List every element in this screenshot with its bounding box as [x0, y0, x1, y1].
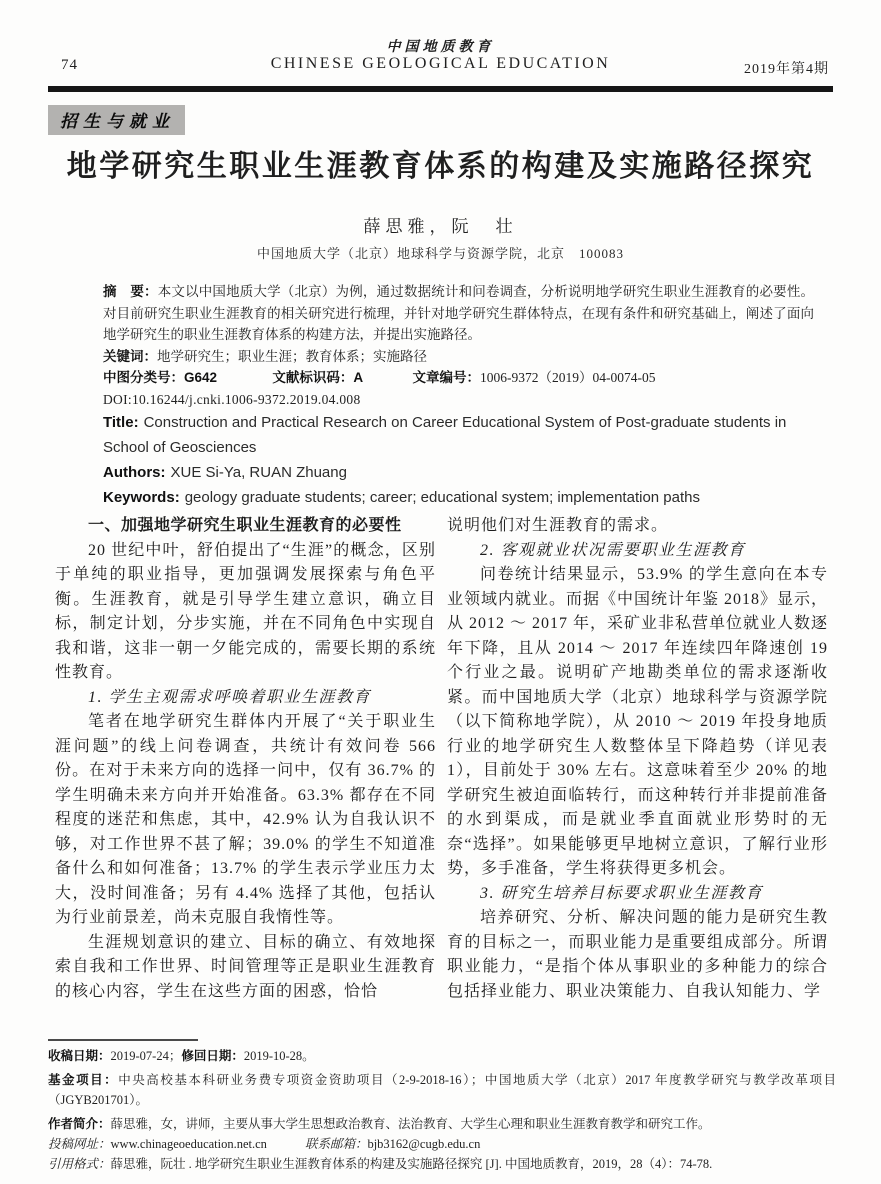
document-code: 文献标识码：A: [272, 367, 363, 389]
journal-title-chinese: 中国地质教育: [0, 36, 881, 56]
section-label: 招生与就业: [48, 105, 185, 135]
section-heading: 一、加强地学研究生职业生涯教育的必要性: [55, 514, 436, 539]
subsection-heading: 3. 研究生培养目标要求职业生涯教育: [447, 882, 828, 907]
paragraph: 问卷统计结果显示，53.9% 的学生意向在本专业领域内就业。而据《中国统计年鉴 …: [447, 563, 828, 882]
body-left-column: 一、加强地学研究生职业生涯教育的必要性 20 世纪中叶，舒伯提出了“生涯”的概念…: [55, 514, 436, 1004]
abstract: 摘 要：本文以中国地质大学（北京）为例，通过数据统计和问卷调查，分析说明地学研究…: [103, 281, 814, 346]
body-right-column: 说明他们对生涯教育的需求。 2. 客观就业状况需要职业生涯教育 问卷统计结果显示…: [447, 514, 828, 1004]
article-id: 文章编号：1006-9372（2019）04-0074-05: [413, 367, 656, 389]
submission-url: www.chinageoeducation.net.cn: [111, 1137, 267, 1151]
english-title: Title:Construction and Practical Researc…: [103, 410, 814, 460]
paragraph-continuation: 说明他们对生涯教育的需求。: [447, 514, 828, 539]
paragraph: 笔者在地学研究生群体内开展了“关于职业生涯问题”的线上问卷调查，共统计有效问卷 …: [55, 710, 436, 931]
classification-line: 中图分类号：G642 文献标识码：A 文章编号：1006-9372（2019）0…: [103, 367, 814, 389]
fund-line: 基金项目：中央高校基本科研业务费专项资金资助项目（2-9-2018-16）；中国…: [48, 1070, 836, 1110]
submission-line: 投稿网址：www.chinageoeducation.net.cn联系邮箱：bj…: [48, 1134, 836, 1154]
dates-line: 收稿日期：2019-07-24；修回日期：2019-10-28。: [48, 1046, 836, 1066]
english-keywords: Keywords:geology graduate students; care…: [103, 485, 814, 510]
contact-email: bjb3162@cugb.edu.cn: [367, 1137, 480, 1151]
subsection-heading: 1. 学生主观需求呼唤着职业生涯教育: [55, 686, 436, 711]
paragraph: 20 世纪中叶，舒伯提出了“生涯”的概念，区别于单纯的职业指导，更加强调发展探索…: [55, 539, 436, 686]
keywords-text: 地学研究生；职业生涯；教育体系；实施路径: [157, 349, 427, 364]
article-authors: 薛思雅，阮 壮: [0, 212, 881, 237]
issue-number: 2019年第4期: [744, 58, 829, 78]
article-meta-block: 摘 要：本文以中国地质大学（北京）为例，通过数据统计和问卷调查，分析说明地学研究…: [103, 281, 814, 510]
subsection-heading: 2. 客观就业状况需要职业生涯教育: [447, 539, 828, 564]
english-authors: Authors:XUE Si-Ya, RUAN Zhuang: [103, 460, 814, 485]
footnote-separator: [48, 1039, 198, 1041]
paragraph: 生涯规划意识的建立、目标的确立、有效地探索自我和工作世界、时间管理等正是职业生涯…: [55, 931, 436, 1005]
citation-line: 引用格式：薛思雅，阮壮 . 地学研究生职业生涯教育体系的构建及实施路径探究 [J…: [48, 1154, 836, 1174]
doi: DOI:10.16244/j.cnki.1006-9372.2019.04.00…: [103, 389, 814, 411]
abstract-label: 摘 要：: [103, 284, 158, 299]
keywords-label: 关键词：: [103, 349, 157, 364]
article-title: 地学研究生职业生涯教育体系的构建及实施路径探究: [0, 141, 881, 185]
author-bio-line: 作者简介：薛思雅，女，讲师，主要从事大学生思想政治教育、法治教育、大学生心理和职…: [48, 1114, 836, 1134]
clc-number: 中图分类号：G642: [103, 367, 217, 389]
abstract-text: 本文以中国地质大学（北京）为例，通过数据统计和问卷调查，分析说明地学研究生职业生…: [103, 284, 814, 342]
journal-page: 74 中国地质教育 CHINESE GEOLOGICAL EDUCATION 2…: [0, 0, 881, 1184]
header-double-rule: [48, 86, 833, 92]
paragraph: 培养研究、分析、解决问题的能力是研究生教育的目标之一，而职业能力是重要组成部分。…: [447, 906, 828, 1004]
footnote-block: 收稿日期：2019-07-24；修回日期：2019-10-28。 基金项目：中央…: [48, 1046, 836, 1174]
article-affiliation: 中国地质大学（北京）地球科学与资源学院，北京 100083: [0, 243, 881, 262]
keywords: 关键词：地学研究生；职业生涯；教育体系；实施路径: [103, 346, 814, 368]
